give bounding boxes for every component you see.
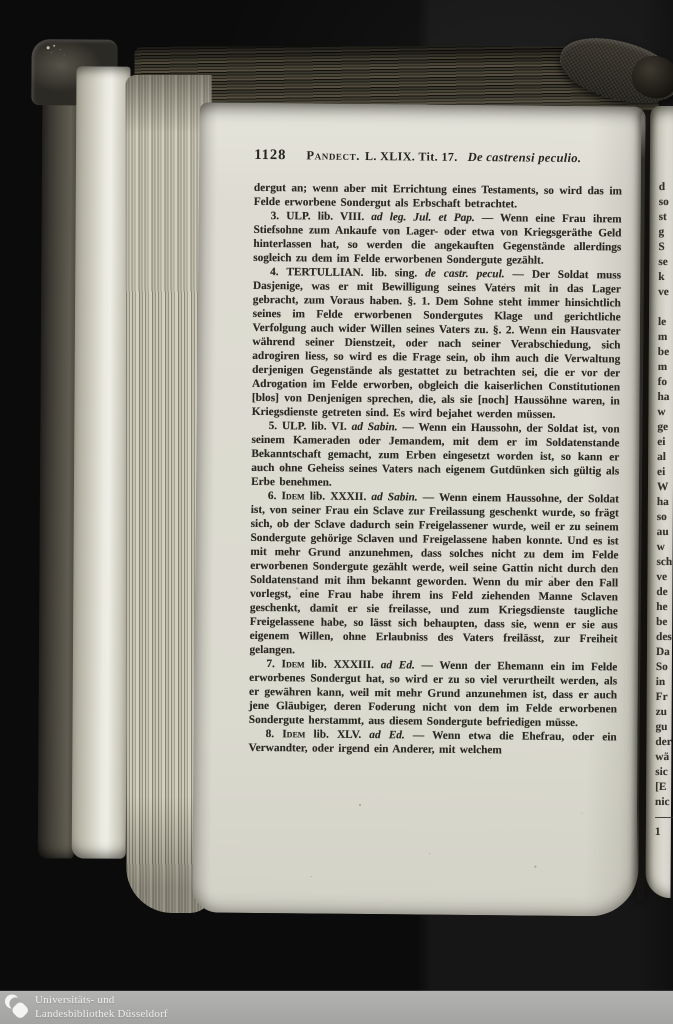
endpaper-edge <box>72 66 131 858</box>
paragraph: 3. ULP. lib. VIII. ad leg. Jul. et Pap. … <box>253 209 622 269</box>
cutoff-text-fragment: ge <box>657 420 673 435</box>
text-segment: lib. XLV. <box>305 728 369 741</box>
facing-page-sliver: dsostgSsekvelembemfohawgeeialeiWhasoauws… <box>645 106 673 898</box>
text-segment: — Wenn einem Haussohne, der Soldat ist, … <box>249 491 619 656</box>
text-segment: ad Sabin. <box>352 421 398 433</box>
running-title-reference: L. XLIX. Tit. 17. <box>365 149 458 165</box>
cutoff-text-fragment: m <box>658 330 673 345</box>
text-segment: ad Ed. <box>369 729 405 741</box>
text-segment: ad Ed. <box>381 659 415 671</box>
cutoff-text-fragment: W <box>657 480 673 495</box>
cutoff-text-fragment: sic <box>655 765 673 780</box>
watermark-text: Universitäts- und Landesbibliothek Düsse… <box>35 993 168 1021</box>
library-watermark-bar: Universitäts- und Landesbibliothek Düsse… <box>0 991 673 1024</box>
cutoff-text-fragment: be <box>656 615 673 630</box>
cutoff-text-fragment: nic <box>655 795 673 810</box>
paragraph: 5. ULP. lib. VI. ad Sabin. — Wenn ein Ha… <box>251 419 620 493</box>
paper-speckles <box>200 102 202 104</box>
cutoff-text-fragment: m <box>658 360 673 375</box>
cutoff-text-fragment: der <box>655 735 673 750</box>
page-number: 1128 <box>254 147 286 164</box>
cutoff-text-fragment: au <box>657 525 673 540</box>
text-segment: dergut an; wenn aber mit Errichtung eine… <box>254 182 622 211</box>
running-title-work: Pandect. <box>306 148 360 164</box>
watermark-line1: Universitäts- und <box>35 993 168 1007</box>
text-segment: 3. ULP. lib. VIII. <box>271 210 372 223</box>
cutoff-text-fragment: wä <box>655 750 673 765</box>
cutoff-text-fragment: g <box>658 225 673 240</box>
cutoff-text-fragment: de <box>656 585 673 600</box>
cutoff-text-fragment: So <box>656 660 673 675</box>
cutoff-text-fragment: Fr <box>656 690 673 705</box>
page-header: 1128 Pandect. L. XLIX. Tit. 17. De castr… <box>254 147 624 168</box>
paragraph: 6. Idem lib. XXXII. ad Sabin. — Wenn ein… <box>249 489 619 661</box>
book-page: 1128 Pandect. L. XLIX. Tit. 17. De castr… <box>192 102 646 916</box>
cutoff-text-fragment: fo <box>658 375 673 390</box>
cutoff-text-fragment: Da <box>656 645 673 660</box>
scanned-book-photo: 1128 Pandect. L. XLIX. Tit. 17. De castr… <box>0 0 673 1024</box>
paragraph: 4. TERTULLIAN. lib. sing. de castr. pecu… <box>252 265 621 423</box>
cutoff-text-fragment: —— <box>655 810 673 825</box>
text-segment: 7. <box>266 658 281 670</box>
library-logo-icon <box>3 993 33 1023</box>
cutoff-text-fragment: le <box>658 315 673 330</box>
text-segment: Idem <box>281 490 304 502</box>
cutoff-text-fragment: st <box>659 210 673 225</box>
cutoff-text-fragment: he <box>656 600 673 615</box>
cutoff-text-fragment: ei <box>657 435 673 450</box>
text-segment: 6. <box>268 490 282 502</box>
cutoff-text-fragment: ei <box>657 465 673 480</box>
text-segment: 5. ULP. lib. VI. <box>269 420 352 433</box>
text-segment: ad leg. Jul. et Pap. <box>371 211 475 224</box>
text-segment: Idem <box>282 728 305 740</box>
cutoff-text-fragment: sch <box>656 555 673 570</box>
page-text: dergut an; wenn aber mit Errichtung eine… <box>248 181 621 759</box>
cutoff-text-fragment: w <box>657 540 673 555</box>
text-segment: ad Sabin. <box>371 491 417 503</box>
cover-corner-frayed-threads <box>47 46 50 49</box>
cutoff-text-fragment: S <box>658 240 673 255</box>
cutoff-text-fragment: al <box>657 450 673 465</box>
paragraph: dergut an; wenn aber mit Errichtung eine… <box>254 181 622 213</box>
cutoff-text-fragment: zu <box>656 705 673 720</box>
text-segment: Idem <box>282 658 305 670</box>
cutoff-text-fragment <box>658 300 673 315</box>
watermark-line2: Landesbibliothek Düsseldorf <box>35 1007 168 1021</box>
cutoff-text-fragment: be <box>658 345 673 360</box>
text-segment: 8. <box>266 728 283 740</box>
cutoff-text-fragment: so <box>659 195 673 210</box>
facing-page-cutoff-text: dsostgSsekvelembemfohawgeeialeiWhasoauws… <box>655 180 673 840</box>
cutoff-text-fragment: ve <box>656 570 673 585</box>
cutoff-text-fragment: w <box>657 405 673 420</box>
cutoff-text-fragment: gu <box>655 720 673 735</box>
cutoff-text-fragment: in <box>656 675 673 690</box>
cutoff-text-fragment: so <box>657 510 673 525</box>
text-segment: lib. XXXIII. <box>305 658 381 671</box>
cutoff-text-fragment: ha <box>657 390 673 405</box>
text-segment: 4. TERTULLIAN. lib. sing. <box>270 266 425 279</box>
paragraph: 7. Idem lib. XXXIII. ad Ed. — Wenn der E… <box>249 657 618 731</box>
text-segment: — Der Soldat muss Dasjenige, was er mit … <box>252 268 621 420</box>
cutoff-text-fragment: des <box>656 630 673 645</box>
cutoff-text-fragment: k <box>658 270 673 285</box>
cutoff-text-fragment: 1 <box>655 825 673 840</box>
cutoff-text-fragment: se <box>658 255 673 270</box>
cutoff-text-fragment: [E <box>655 780 673 795</box>
cutoff-text-fragment: ve <box>658 285 673 300</box>
cutoff-text-fragment: ha <box>657 495 673 510</box>
text-segment: de castr. pecul. <box>425 268 505 281</box>
chapter-title: De castrensi peculio. <box>468 150 582 166</box>
book: 1128 Pandect. L. XLIX. Tit. 17. De castr… <box>0 0 673 967</box>
text-segment: lib. XXXII. <box>305 490 372 503</box>
paragraph: 8. Idem lib. XLV. ad Ed. — Wenn etwa die… <box>248 727 616 759</box>
cutoff-text-fragment: d <box>659 180 673 195</box>
